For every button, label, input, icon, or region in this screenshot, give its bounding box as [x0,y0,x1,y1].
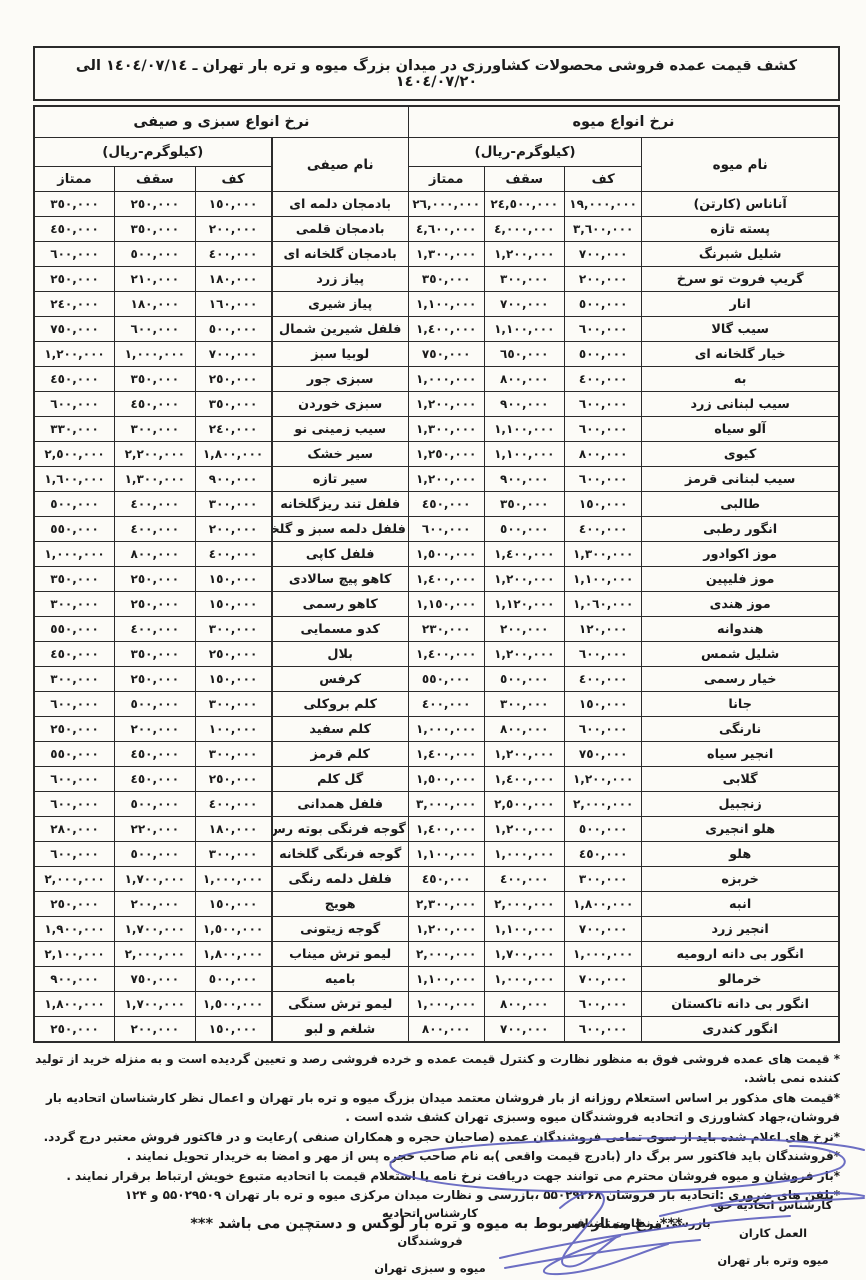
table-row: موز هندی١,٠٦٠,٠٠٠١,١٢٠,٠٠٠١,١٥٠,٠٠٠کاهو … [34,592,839,617]
fruit-premium-header: ممتاز [408,167,484,192]
veg-premium-cell: ١,٨٠٠,٠٠٠ [34,992,115,1017]
fruit-name-cell: خیار گلخانه ای [642,342,839,367]
fruit-floor-cell: ٣٠٠,٠٠٠ [565,867,642,892]
fruit-floor-cell: ١٩,٠٠٠,٠٠٠ [565,192,642,217]
veg-name-cell: فلفل دلمه رنگی [272,867,409,892]
veg-floor-cell: ١٥٠,٠٠٠ [195,1017,271,1043]
fruit-name-cell: به [642,367,839,392]
veg-floor-cell: ٢٥٠,٠٠٠ [195,642,271,667]
veg-floor-cell: ٧٠٠,٠٠٠ [195,342,271,367]
veg-ceiling-cell: ٤٥٠,٠٠٠ [115,392,196,417]
fruit-ceiling-cell: ١,٢٠٠,٠٠٠ [484,642,565,667]
veg-ceiling-cell: ٢٥٠,٠٠٠ [115,192,196,217]
fruit-premium-cell: ١,٣٠٠,٠٠٠ [408,417,484,442]
fruit-ceiling-cell: ٤٠٠,٠٠٠ [484,867,565,892]
table-row: انگور کندری٦٠٠,٠٠٠٧٠٠,٠٠٠٨٠٠,٠٠٠شلغم و ل… [34,1017,839,1043]
fruit-premium-cell: ١,٢٠٠,٠٠٠ [408,467,484,492]
fruit-name-cell: انار [642,292,839,317]
veg-ceiling-cell: ١,٠٠٠,٠٠٠ [115,342,196,367]
veg-ceiling-cell: ٢٠٠,٠٠٠ [115,717,196,742]
fruit-name-header: نام میوه [642,138,839,192]
fruit-ceiling-cell: ٤,٠٠٠,٠٠٠ [484,217,565,242]
fruit-premium-cell: ١,٢٠٠,٠٠٠ [408,392,484,417]
veg-floor-header: کف [195,167,271,192]
table-row: انگور رطبی٤٠٠,٠٠٠٥٠٠,٠٠٠٦٠٠,٠٠٠فلفل دلمه… [34,517,839,542]
fruit-premium-cell: ٢,٣٠٠,٠٠٠ [408,892,484,917]
veg-name-cell: کلم بروکلی [272,692,409,717]
veg-ceiling-cell: ٦٠٠,٠٠٠ [115,317,196,342]
note-line: *بار فروشان و میوه فروشان محترم می توانن… [33,1167,840,1186]
veg-ceiling-cell: ٢١٠,٠٠٠ [115,267,196,292]
veg-name-cell: گوجه فرنگی بوته رس [272,817,409,842]
note-line: *فروشندگان باید فاکتور سر برگ دار (بادرج… [33,1147,840,1166]
fruit-ceiling-cell: ٢,٠٠٠,٠٠٠ [484,892,565,917]
fruit-ceiling-cell: ١,٢٠٠,٠٠٠ [484,742,565,767]
veg-name-cell: سیر تازه [272,467,409,492]
note-line: *نرخ های اعلام شده باید از سوی تمامی فرو… [33,1128,840,1147]
fruit-name-cell: خربزه [642,867,839,892]
fruit-premium-cell: ٢٣٠,٠٠٠ [408,617,484,642]
veg-premium-cell: ٤٥٠,٠٠٠ [34,217,115,242]
veg-floor-cell: ١٥٠,٠٠٠ [195,567,271,592]
table-row: انگور بی دانه ارومیه١,٠٠٠,٠٠٠١,٧٠٠,٠٠٠٢,… [34,942,839,967]
fruit-ceiling-cell: ٣٠٠,٠٠٠ [484,692,565,717]
table-row: شلیل شمس٦٠٠,٠٠٠١,٢٠٠,٠٠٠١,٤٠٠,٠٠٠بلال٢٥٠… [34,642,839,667]
table-row: انجیر سیاه٧٥٠,٠٠٠١,٢٠٠,٠٠٠١,٤٠٠,٠٠٠کلم ق… [34,742,839,767]
table-row: انجیر زرد٧٠٠,٠٠٠١,١٠٠,٠٠٠١,٢٠٠,٠٠٠گوجه ز… [34,917,839,942]
fruit-ceiling-cell: ١,١٠٠,٠٠٠ [484,317,565,342]
veg-ceiling-cell: ٣٥٠,٠٠٠ [115,217,196,242]
fruit-name-cell: آلو سیاه [642,417,839,442]
table-row: انار٥٠٠,٠٠٠٧٠٠,٠٠٠١,١٠٠,٠٠٠پیاز شیری١٦٠,… [34,292,839,317]
fruit-floor-cell: ٦٠٠,٠٠٠ [565,317,642,342]
veg-premium-cell: ١,٦٠٠,٠٠٠ [34,467,115,492]
veg-premium-cell: ١,٩٠٠,٠٠٠ [34,917,115,942]
veg-premium-cell: ٢٤٠,٠٠٠ [34,292,115,317]
veg-floor-cell: ١٥٠,٠٠٠ [195,667,271,692]
fruit-floor-cell: ٥٠٠,٠٠٠ [565,817,642,842]
veg-ceiling-cell: ٢٠٠,٠٠٠ [115,892,196,917]
veg-name-cell: فلفل تند ریزگلخانه [272,492,409,517]
veg-premium-cell: ٣٥٠,٠٠٠ [34,567,115,592]
fruit-ceiling-cell: ٦٥٠,٠٠٠ [484,342,565,367]
fruit-floor-cell: ١,٨٠٠,٠٠٠ [565,892,642,917]
veg-premium-cell: ٤٥٠,٠٠٠ [34,367,115,392]
table-row: خیار گلخانه ای٥٠٠,٠٠٠٦٥٠,٠٠٠٧٥٠,٠٠٠لوبیا… [34,342,839,367]
fruit-ceiling-cell: ١,٤٠٠,٠٠٠ [484,542,565,567]
fruit-name-cell: سیب لبنانی زرد [642,392,839,417]
note-line: * قیمت های عمده فروشی فوق به منظور نظارت… [33,1050,840,1089]
table-row: خربزه٣٠٠,٠٠٠٤٠٠,٠٠٠٤٥٠,٠٠٠فلفل دلمه رنگی… [34,867,839,892]
veg-ceiling-cell: ٣٥٠,٠٠٠ [115,367,196,392]
veg-floor-cell: ٢٠٠,٠٠٠ [195,217,271,242]
veg-premium-cell: ٢٥٠,٠٠٠ [34,267,115,292]
fruit-name-cell: انگور بی دانه تاکستان [642,992,839,1017]
fruit-name-cell: طالبی [642,492,839,517]
veg-name-cell: بادمجان گلخانه ای [272,242,409,267]
fruit-floor-cell: ٧٠٠,٠٠٠ [565,242,642,267]
fruit-premium-cell: ٤٥٠,٠٠٠ [408,492,484,517]
fruit-premium-cell: ١,٢٠٠,٠٠٠ [408,917,484,942]
fruit-floor-cell: ٤٠٠,٠٠٠ [565,367,642,392]
fruit-floor-cell: ٦٠٠,٠٠٠ [565,417,642,442]
veg-ceiling-cell: ٥٠٠,٠٠٠ [115,842,196,867]
veg-ceiling-cell: ٤٠٠,٠٠٠ [115,517,196,542]
fruit-name-cell: انگور بی دانه ارومیه [642,942,839,967]
fruit-premium-cell: ١,٤٠٠,٠٠٠ [408,817,484,842]
veg-name-cell: گل کلم [272,767,409,792]
fruit-name-cell: نارنگی [642,717,839,742]
fruit-premium-cell: ٤,٦٠٠,٠٠٠ [408,217,484,242]
fruit-premium-cell: ٣,٠٠٠,٠٠٠ [408,792,484,817]
veg-name-cell: کرفس [272,667,409,692]
fruit-name-cell: گلابی [642,767,839,792]
fruit-name-cell: خرمالو [642,967,839,992]
fruit-floor-cell: ٥٠٠,٠٠٠ [565,342,642,367]
fruit-premium-cell: ٢,٠٠٠,٠٠٠ [408,942,484,967]
table-row: زنجبیل٢,٠٠٠,٠٠٠٢,٥٠٠,٠٠٠٣,٠٠٠,٠٠٠فلفل هم… [34,792,839,817]
veg-floor-cell: ٣٠٠,٠٠٠ [195,492,271,517]
fruit-name-cell: شلیل شمس [642,642,839,667]
veg-premium-cell: ٥٠٠,٠٠٠ [34,492,115,517]
veg-floor-cell: ١٨٠,٠٠٠ [195,817,271,842]
table-row: به٤٠٠,٠٠٠٨٠٠,٠٠٠١,٠٠٠,٠٠٠سبزی جور٢٥٠,٠٠٠… [34,367,839,392]
fruit-ceiling-cell: ٨٠٠,٠٠٠ [484,992,565,1017]
veg-premium-cell: ٧٥٠,٠٠٠ [34,317,115,342]
veg-name-cell: پیاز زرد [272,267,409,292]
note-line: *قیمت های مذکور بر اساس استعلام روزانه ا… [33,1089,840,1128]
veg-name-cell: بلال [272,642,409,667]
signature-title: بازرسی و نظارت اصناف [566,1210,716,1238]
fruit-name-cell: موز هندی [642,592,839,617]
veg-ceiling-cell: ٢,٠٠٠,٠٠٠ [115,942,196,967]
fruit-premium-cell: ٢٦,٠٠٠,٠٠٠ [408,192,484,217]
veg-floor-cell: ٤٠٠,٠٠٠ [195,242,271,267]
fruit-unit-header: (کیلوگرم-ریال) [408,138,641,167]
signature-block-center: بازرسی و نظارت اصناف [566,1210,716,1238]
fruit-premium-cell: ١,٠٠٠,٠٠٠ [408,367,484,392]
fruit-name-cell: کیوی [642,442,839,467]
veg-name-cell: بادمجان قلمی [272,217,409,242]
fruit-name-cell: زنجبیل [642,792,839,817]
veg-premium-cell: ٢٥٠,٠٠٠ [34,892,115,917]
veg-premium-cell: ٤٥٠,٠٠٠ [34,642,115,667]
fruit-floor-cell: ١,٠٠٠,٠٠٠ [565,942,642,967]
fruit-floor-cell: ٤٥٠,٠٠٠ [565,842,642,867]
price-table: نرخ انواع میوه نرخ انواع سبزی و صیفی نام… [33,105,840,1043]
veg-premium-cell: ٢٥٠,٠٠٠ [34,717,115,742]
veg-ceiling-cell: ٥٠٠,٠٠٠ [115,792,196,817]
veg-floor-cell: ١٠٠,٠٠٠ [195,717,271,742]
table-row: طالبی١٥٠,٠٠٠٣٥٠,٠٠٠٤٥٠,٠٠٠فلفل تند ریزگل… [34,492,839,517]
table-row: خرمالو٧٠٠,٠٠٠١,٠٠٠,٠٠٠١,١٠٠,٠٠٠بامیه٥٠٠,… [34,967,839,992]
fruit-premium-cell: ٦٠٠,٠٠٠ [408,517,484,542]
fruit-ceiling-cell: ٢٤,٥٠٠,٠٠٠ [484,192,565,217]
veg-premium-cell: ٦٠٠,٠٠٠ [34,242,115,267]
fruit-floor-cell: ٧٥٠,٠٠٠ [565,742,642,767]
table-row: شلیل شبرنگ٧٠٠,٠٠٠١,٢٠٠,٠٠٠١,٣٠٠,٠٠٠بادمج… [34,242,839,267]
veg-name-cell: سیر خشک [272,442,409,467]
veg-name-cell: لوبیا سبز [272,342,409,367]
table-row: کیوی٨٠٠,٠٠٠١,١٠٠,٠٠٠١,٢٥٠,٠٠٠سیر خشک١,٨٠… [34,442,839,467]
veg-premium-cell: ٦٠٠,٠٠٠ [34,792,115,817]
veg-ceiling-cell: ١,٣٠٠,٠٠٠ [115,467,196,492]
scanned-price-document: کشف قیمت عمده فروشی محصولات کشاورزی در م… [0,0,866,1280]
fruit-ceiling-cell: ١,٠٠٠,٠٠٠ [484,967,565,992]
fruit-floor-cell: ٤٠٠,٠٠٠ [565,667,642,692]
veg-premium-cell: ١,٢٠٠,٠٠٠ [34,342,115,367]
veg-ceiling-header: سقف [115,167,196,192]
signature-subtitle: میوه وتره بار تهران [698,1247,848,1275]
fruit-ceiling-cell: ١,٢٠٠,٠٠٠ [484,817,565,842]
veg-floor-cell: ٣٠٠,٠٠٠ [195,742,271,767]
veg-floor-cell: ١٨٠,٠٠٠ [195,267,271,292]
table-row: موز اکوادور١,٣٠٠,٠٠٠١,٤٠٠,٠٠٠١,٥٠٠,٠٠٠فل… [34,542,839,567]
fruit-ceiling-cell: ١,٤٠٠,٠٠٠ [484,767,565,792]
veg-floor-cell: ٣٠٠,٠٠٠ [195,842,271,867]
table-row: هلو٤٥٠,٠٠٠١,٠٠٠,٠٠٠١,١٠٠,٠٠٠گوجه فرنگی گ… [34,842,839,867]
signature-title: کارشناس اتحادیه فروشندگان [355,1200,505,1255]
fruit-ceiling-cell: ٣٠٠,٠٠٠ [484,267,565,292]
veg-name-cell: فلفل شیرین شمال [272,317,409,342]
fruit-premium-cell: ١,٤٠٠,٠٠٠ [408,317,484,342]
fruit-floor-cell: ٢٠٠,٠٠٠ [565,267,642,292]
fruit-premium-cell: ٨٠٠,٠٠٠ [408,1017,484,1043]
footer-notes: * قیمت های عمده فروشی فوق به منظور نظارت… [33,1050,840,1206]
fruit-floor-cell: ٧٠٠,٠٠٠ [565,967,642,992]
table-row: انگور بی دانه تاکستان٦٠٠,٠٠٠٨٠٠,٠٠٠١,٠٠٠… [34,992,839,1017]
signature-subtitle: میوه و سبزی تهران [355,1255,505,1280]
veg-ceiling-cell: ٢,٢٠٠,٠٠٠ [115,442,196,467]
fruit-premium-cell: ١,٠٠٠,٠٠٠ [408,717,484,742]
veg-floor-cell: ٣٥٠,٠٠٠ [195,392,271,417]
fruit-floor-cell: ٥٠٠,٠٠٠ [565,292,642,317]
veg-name-cell: کلم سفید [272,717,409,742]
fruit-floor-cell: ٦٠٠,٠٠٠ [565,642,642,667]
veg-ceiling-cell: ٢٥٠,٠٠٠ [115,567,196,592]
fruit-floor-cell: ٦٠٠,٠٠٠ [565,992,642,1017]
veg-floor-cell: ١,٨٠٠,٠٠٠ [195,442,271,467]
fruit-floor-cell: ٧٠٠,٠٠٠ [565,917,642,942]
fruit-name-cell: انگور کندری [642,1017,839,1043]
fruit-premium-cell: ٥٥٠,٠٠٠ [408,667,484,692]
fruit-premium-cell: ١,١٠٠,٠٠٠ [408,842,484,867]
fruit-premium-cell: ١,٥٠٠,٠٠٠ [408,767,484,792]
signature-slash-2 [505,1240,700,1268]
veg-ceiling-cell: ٢٥٠,٠٠٠ [115,592,196,617]
veg-floor-cell: ١,٠٠٠,٠٠٠ [195,867,271,892]
fruit-name-cell: آناناس (کارتن) [642,192,839,217]
veg-ceiling-cell: ٤٠٠,٠٠٠ [115,617,196,642]
fruit-floor-cell: ١,١٠٠,٠٠٠ [565,567,642,592]
veg-floor-cell: ١٥٠,٠٠٠ [195,892,271,917]
veg-name-cell: فلفل دلمه سبز و گلخانه [272,517,409,542]
fruit-floor-cell: ٦٠٠,٠٠٠ [565,1017,642,1043]
fruit-premium-cell: ٤٥٠,٠٠٠ [408,867,484,892]
fruit-ceiling-cell: ٩٠٠,٠٠٠ [484,467,565,492]
fruit-premium-cell: ١,١٠٠,٠٠٠ [408,967,484,992]
fruit-floor-cell: ٦٠٠,٠٠٠ [565,392,642,417]
signature-block-right: کارشناس اتحادیه حق العمل کاران میوه وتره… [698,1192,848,1275]
veg-premium-cell: ٢٥٠,٠٠٠ [34,1017,115,1043]
veg-premium-cell: ٥٥٠,٠٠٠ [34,742,115,767]
fruit-ceiling-cell: ٨٠٠,٠٠٠ [484,367,565,392]
veg-name-cell: فلفل همدانی [272,792,409,817]
veg-name-cell: بامیه [272,967,409,992]
veg-floor-cell: ١,٥٠٠,٠٠٠ [195,992,271,1017]
fruit-floor-cell: ١٢٠,٠٠٠ [565,617,642,642]
veg-premium-cell: ٣٥٠,٠٠٠ [34,192,115,217]
fruit-ceiling-cell: ١,١٠٠,٠٠٠ [484,917,565,942]
veg-ceiling-cell: ٤٥٠,٠٠٠ [115,767,196,792]
fruit-premium-cell: ١,٠٠٠,٠٠٠ [408,992,484,1017]
veg-name-cell: بادمجان دلمه ای [272,192,409,217]
veg-floor-cell: ٢٠٠,٠٠٠ [195,517,271,542]
veg-floor-cell: ٤٠٠,٠٠٠ [195,542,271,567]
fruit-name-cell: موز اکوادور [642,542,839,567]
fruit-premium-cell: ١,٤٠٠,٠٠٠ [408,742,484,767]
table-row: انبه١,٨٠٠,٠٠٠٢,٠٠٠,٠٠٠٢,٣٠٠,٠٠٠هویج١٥٠,٠… [34,892,839,917]
fruit-name-cell: شلیل شبرنگ [642,242,839,267]
fruit-ceiling-cell: ١,١٠٠,٠٠٠ [484,442,565,467]
fruit-ceiling-header: سقف [484,167,565,192]
fruit-floor-cell: ٦٠٠,٠٠٠ [565,467,642,492]
veg-name-cell: سبزی جور [272,367,409,392]
veg-floor-cell: ٢٥٠,٠٠٠ [195,767,271,792]
fruit-ceiling-cell: ٥٠٠,٠٠٠ [484,517,565,542]
veg-name-cell: هویج [272,892,409,917]
veg-name-cell: پیاز شیری [272,292,409,317]
table-row: گریپ فروت تو سرخ٢٠٠,٠٠٠٣٠٠,٠٠٠٣٥٠,٠٠٠پیا… [34,267,839,292]
veg-name-cell: گوجه زیتونی [272,917,409,942]
fruit-ceiling-cell: ٢٠٠,٠٠٠ [484,617,565,642]
veg-name-cell: لیمو ترش سنگی [272,992,409,1017]
fruit-floor-cell: ١٥٠,٠٠٠ [565,492,642,517]
table-row: آناناس (کارتن)١٩,٠٠٠,٠٠٠٢٤,٥٠٠,٠٠٠٢٦,٠٠٠… [34,192,839,217]
fruit-premium-cell: ٣٥٠,٠٠٠ [408,267,484,292]
veg-ceiling-cell: ١,٧٠٠,٠٠٠ [115,867,196,892]
veg-premium-cell: ٣٠٠,٠٠٠ [34,667,115,692]
fruit-floor-cell: ٨٠٠,٠٠٠ [565,442,642,467]
veg-name-cell: شلغم و لبو [272,1017,409,1043]
veg-floor-cell: ١٥٠,٠٠٠ [195,192,271,217]
fruit-ceiling-cell: ١,٢٠٠,٠٠٠ [484,242,565,267]
fruit-premium-cell: ١,٤٠٠,٠٠٠ [408,642,484,667]
fruit-floor-cell: ١٥٠,٠٠٠ [565,692,642,717]
veg-ceiling-cell: ٥٠٠,٠٠٠ [115,242,196,267]
fruit-premium-cell: ٧٥٠,٠٠٠ [408,342,484,367]
fruit-ceiling-cell: ١,١٠٠,٠٠٠ [484,417,565,442]
fruit-name-cell: هلو انجیری [642,817,839,842]
fruit-premium-cell: ١,٥٠٠,٠٠٠ [408,542,484,567]
veg-name-cell: سبزی خوردن [272,392,409,417]
fruit-name-cell: هندوانه [642,617,839,642]
veg-premium-cell: ٢,٠٠٠,٠٠٠ [34,867,115,892]
veg-premium-cell: ٥٥٠,٠٠٠ [34,617,115,642]
veg-name-cell: کاهو رسمی [272,592,409,617]
signature-block-left: کارشناس اتحادیه فروشندگان میوه و سبزی ته… [355,1200,505,1280]
veg-floor-cell: ٣٠٠,٠٠٠ [195,692,271,717]
fruit-name-cell: موز فلیپین [642,567,839,592]
veg-name-cell: کدو مسمایی [272,617,409,642]
veg-ceiling-cell: ٥٠٠,٠٠٠ [115,692,196,717]
unit-header-row: نام میوه (کیلوگرم-ریال) نام صیفی (کیلوگر… [34,138,839,167]
veg-floor-cell: ٩٠٠,٠٠٠ [195,467,271,492]
table-row: گلابی١,٢٠٠,٠٠٠١,٤٠٠,٠٠٠١,٥٠٠,٠٠٠گل کلم٢٥… [34,767,839,792]
veg-ceiling-cell: ١,٧٠٠,٠٠٠ [115,992,196,1017]
veg-floor-cell: ١٦٠,٠٠٠ [195,292,271,317]
veg-premium-cell: ١,٠٠٠,٠٠٠ [34,542,115,567]
fruit-name-cell: جانا [642,692,839,717]
fruit-ceiling-cell: ١,٠٠٠,٠٠٠ [484,842,565,867]
fruit-group-header: نرخ انواع میوه [408,106,839,138]
veg-floor-cell: ١٥٠,٠٠٠ [195,592,271,617]
veg-premium-cell: ٢,١٠٠,٠٠٠ [34,942,115,967]
fruit-floor-cell: ٣,٦٠٠,٠٠٠ [565,217,642,242]
veg-name-cell: گوجه فرنگی گلخانه [272,842,409,867]
fruit-premium-cell: ١,١٠٠,٠٠٠ [408,292,484,317]
table-row: موز فلیپین١,١٠٠,٠٠٠١,٢٠٠,٠٠٠١,٤٠٠,٠٠٠کاه… [34,567,839,592]
fruit-floor-cell: ٤٠٠,٠٠٠ [565,517,642,542]
veg-ceiling-cell: ٢٥٠,٠٠٠ [115,667,196,692]
document-title: کشف قیمت عمده فروشی محصولات کشاورزی در م… [33,46,840,101]
fruit-name-cell: خیار رسمی [642,667,839,692]
veg-ceiling-cell: ٣٠٠,٠٠٠ [115,417,196,442]
veg-ceiling-cell: ٤٠٠,٠٠٠ [115,492,196,517]
veg-premium-cell: ٣٠٠,٠٠٠ [34,592,115,617]
fruit-premium-cell: ١,٣٠٠,٠٠٠ [408,242,484,267]
veg-ceiling-cell: ٧٥٠,٠٠٠ [115,967,196,992]
veg-group-header: نرخ انواع سبزی و صیفی [34,106,408,138]
fruit-floor-cell: ٦٠٠,٠٠٠ [565,717,642,742]
fruit-name-cell: هلو [642,842,839,867]
fruit-premium-cell: ١,٤٠٠,٠٠٠ [408,567,484,592]
table-row: نارنگی٦٠٠,٠٠٠٨٠٠,٠٠٠١,٠٠٠,٠٠٠کلم سفید١٠٠… [34,717,839,742]
table-row: آلو سیاه٦٠٠,٠٠٠١,١٠٠,٠٠٠١,٣٠٠,٠٠٠سیب زمی… [34,417,839,442]
veg-unit-header: (کیلوگرم-ریال) [34,138,272,167]
veg-floor-cell: ٣٠٠,٠٠٠ [195,617,271,642]
veg-name-cell: سیب زمینی نو [272,417,409,442]
fruit-floor-header: کف [565,167,642,192]
group-header-row: نرخ انواع میوه نرخ انواع سبزی و صیفی [34,106,839,138]
table-row: جانا١٥٠,٠٠٠٣٠٠,٠٠٠٤٠٠,٠٠٠کلم بروکلی٣٠٠,٠… [34,692,839,717]
fruit-ceiling-cell: ٧٠٠,٠٠٠ [484,1017,565,1043]
price-table-body: آناناس (کارتن)١٩,٠٠٠,٠٠٠٢٤,٥٠٠,٠٠٠٢٦,٠٠٠… [34,192,839,1043]
fruit-name-cell: انبه [642,892,839,917]
veg-premium-cell: ٦٠٠,٠٠٠ [34,842,115,867]
fruit-name-cell: پسته تازه [642,217,839,242]
veg-premium-header: ممتاز [34,167,115,192]
fruit-floor-cell: ١,٣٠٠,٠٠٠ [565,542,642,567]
veg-floor-cell: ٥٠٠,٠٠٠ [195,967,271,992]
signature-loop [544,1236,668,1274]
veg-floor-cell: ٤٠٠,٠٠٠ [195,792,271,817]
veg-ceiling-cell: ١٨٠,٠٠٠ [115,292,196,317]
signature-title: کارشناس اتحادیه حق العمل کاران [698,1192,848,1247]
veg-premium-cell: ٢٨٠,٠٠٠ [34,817,115,842]
fruit-name-cell: سیب گالا [642,317,839,342]
veg-ceiling-cell: ٨٠٠,٠٠٠ [115,542,196,567]
fruit-ceiling-cell: ٩٠٠,٠٠٠ [484,392,565,417]
fruit-floor-cell: ٢,٠٠٠,٠٠٠ [565,792,642,817]
veg-name-header: نام صیفی [272,138,409,192]
veg-premium-cell: ٥٥٠,٠٠٠ [34,517,115,542]
fruit-name-cell: انگور رطبی [642,517,839,542]
fruit-ceiling-cell: ١,٧٠٠,٠٠٠ [484,942,565,967]
veg-premium-cell: ٦٠٠,٠٠٠ [34,767,115,792]
veg-floor-cell: ٢٤٠,٠٠٠ [195,417,271,442]
fruit-floor-cell: ١,٢٠٠,٠٠٠ [565,767,642,792]
